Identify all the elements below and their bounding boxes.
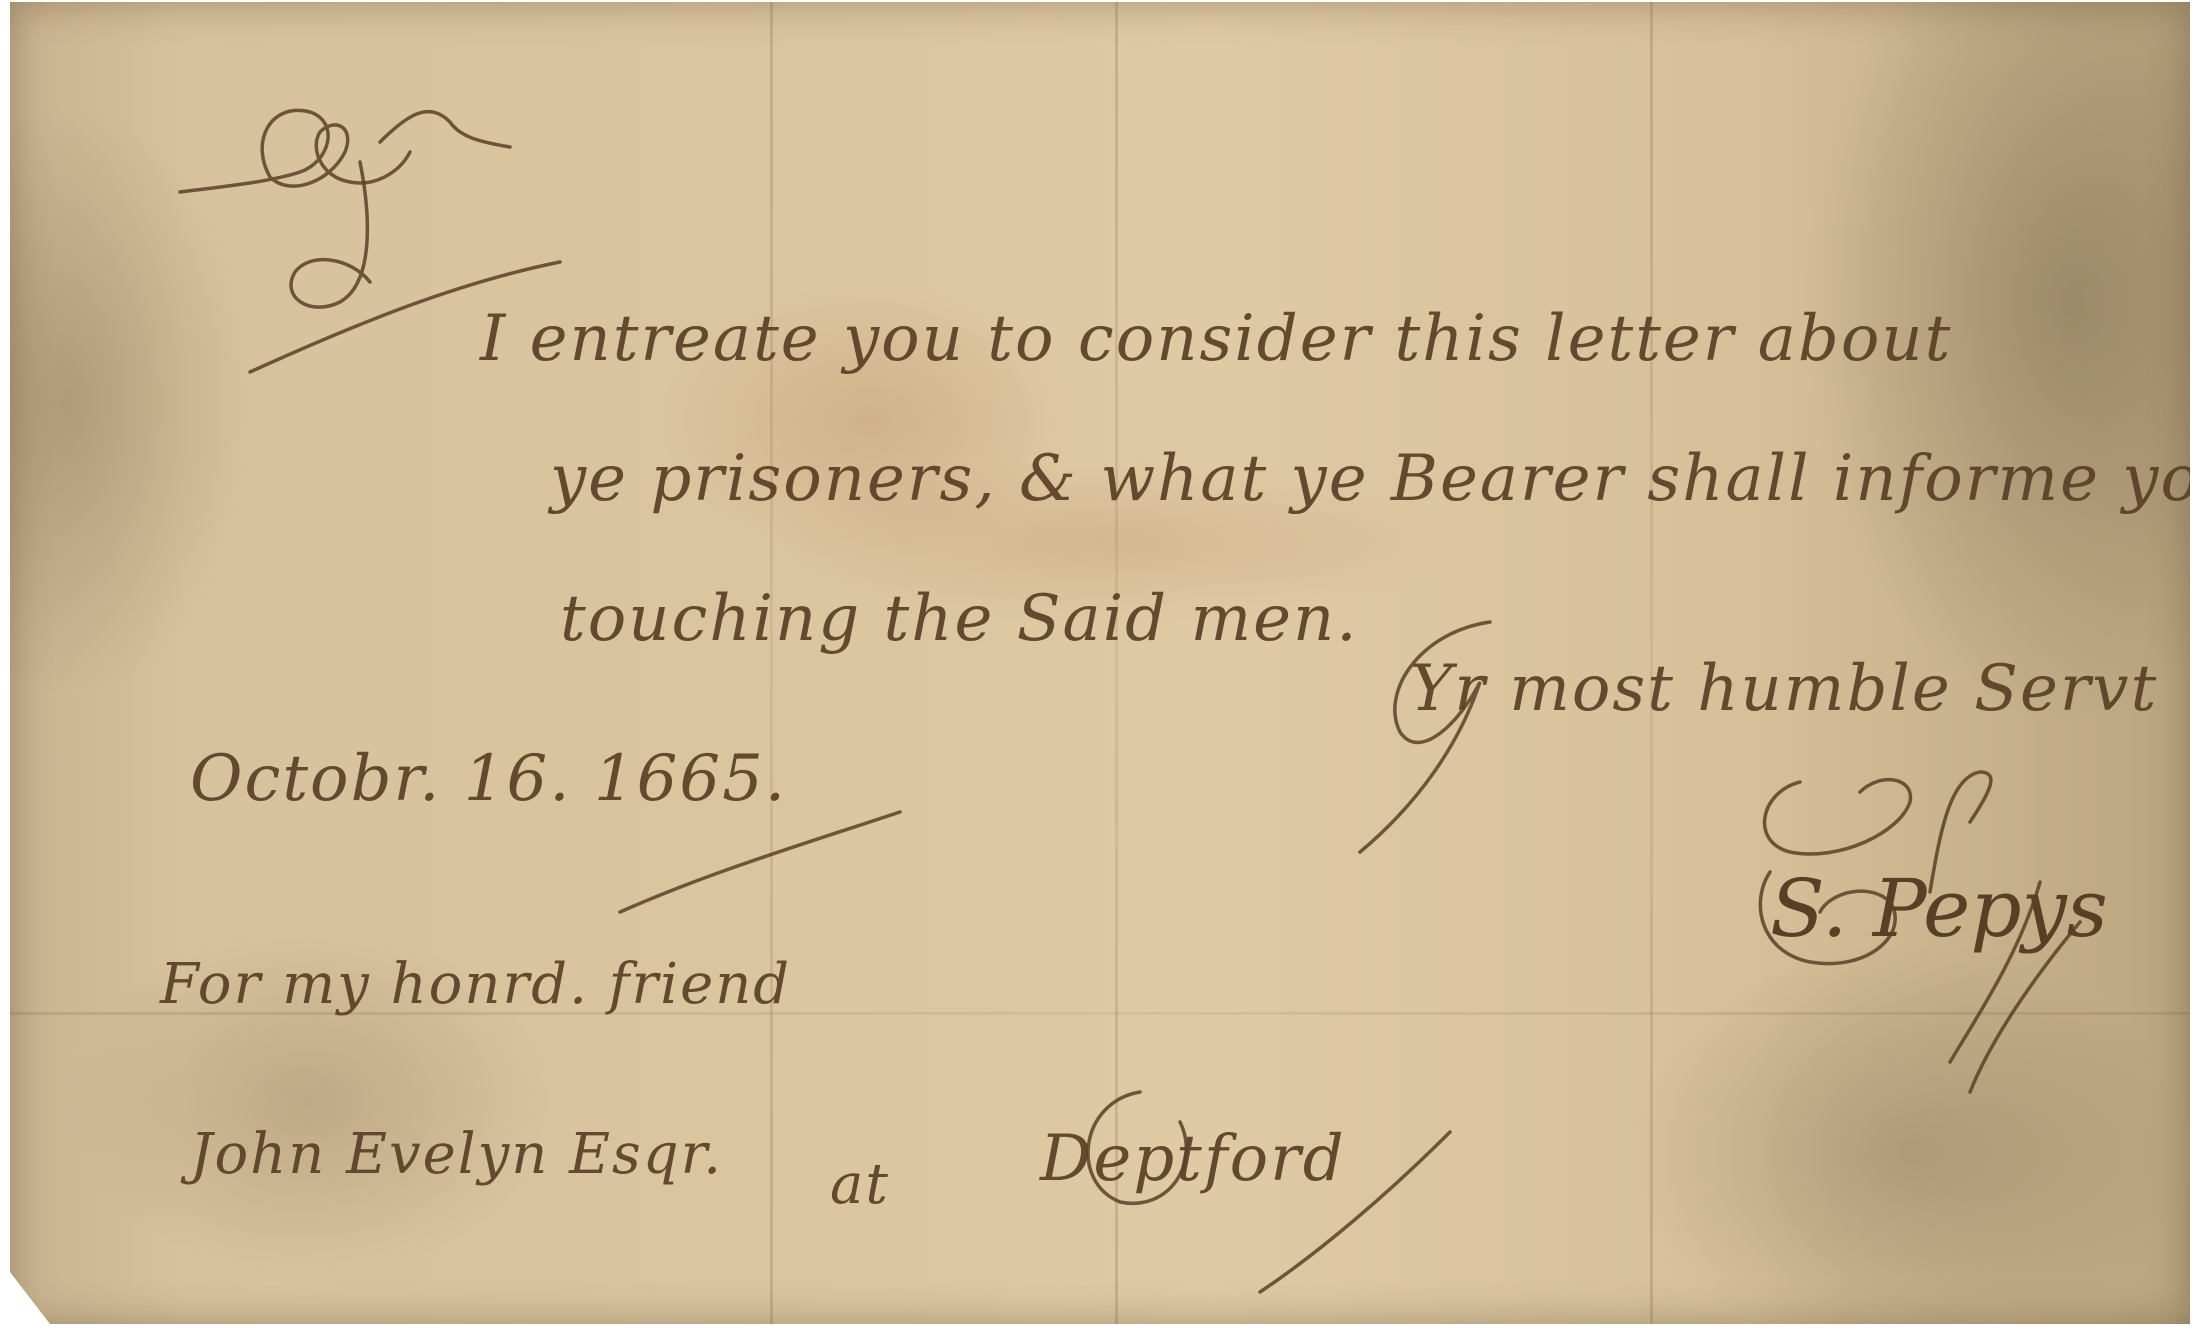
date-underline-icon [610,802,910,922]
letter-sheet: S I entreate you to consider this letter… [10,2,2190,1324]
address-place: Deptford [1040,1122,1346,1196]
body-line-1: I entreate you to consider this letter a… [480,302,1952,376]
address-at: at [830,1152,890,1217]
signature: S. Pepys [1770,862,2108,955]
valediction: Yr most humble Servt [1410,652,2158,726]
body-line-3: touching the Said men. [560,582,1359,656]
address-line-1: For my honrd. friend [160,952,791,1017]
valediction-flourish-icon [1340,602,1540,862]
fold-crease [770,2,773,1324]
body-line-2: ye prisoners, & what ye Bearer shall inf… [550,442,2195,516]
address-name: John Evelyn Esqr. [190,1122,723,1187]
letter-date: Octobr. 16. 1665. [190,742,787,816]
